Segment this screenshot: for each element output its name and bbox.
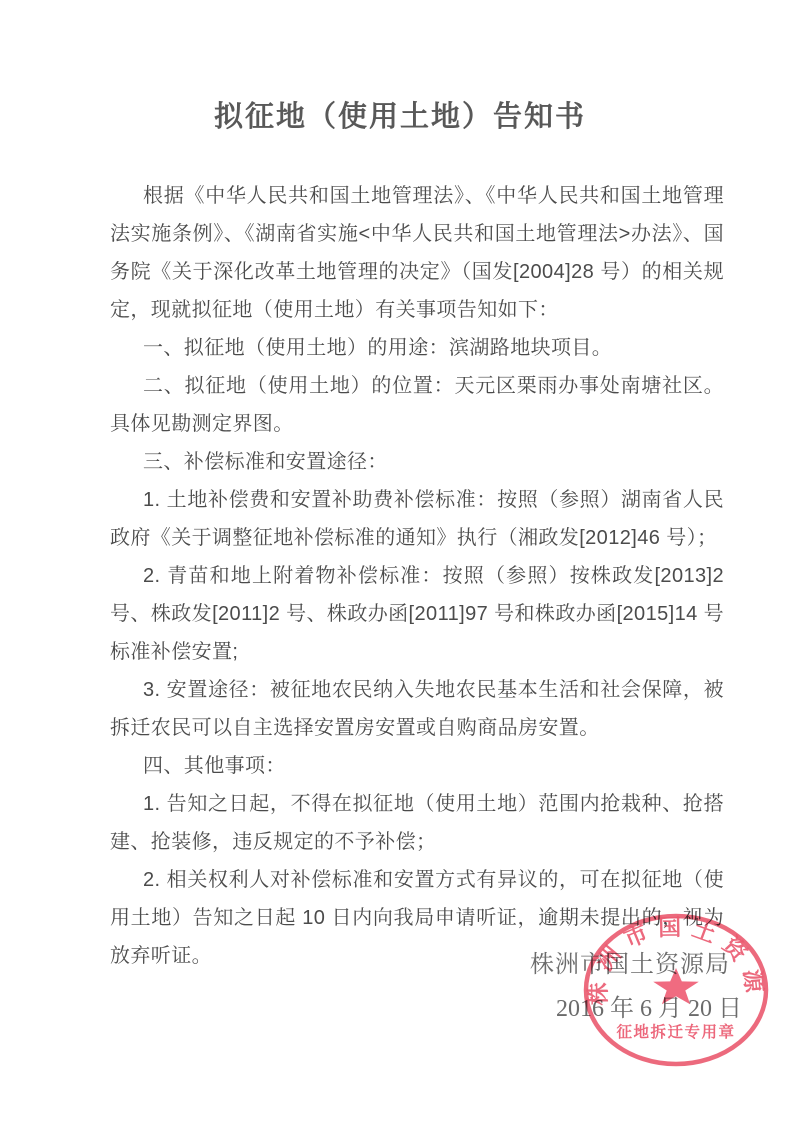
official-seal-stamp: 株洲市国土资源局 征地拆迁专用章: [576, 906, 776, 1074]
paragraph-item-3: 三、补偿标准和安置途径：: [110, 443, 724, 481]
paragraph-item-3-2: 2. 青苗和地上附着物补偿标准：按照（参照）按株政发[2013]2 号、株政发[…: [110, 557, 724, 671]
paragraph-item-3-1: 1. 土地补偿费和安置补助费补偿标准：按照（参照）湖南省人民政府《关于调整征地补…: [110, 481, 724, 557]
paragraph-item-4-1: 1. 告知之日起，不得在拟征地（使用土地）范围内抢栽种、抢搭建、抢装修，违反规定…: [110, 785, 724, 861]
paragraph-item-3-3: 3. 安置途径：被征地农民纳入失地农民基本生活和社会保障，被拆迁农民可以自主选择…: [110, 671, 724, 747]
star-icon: [653, 968, 699, 1004]
paragraph-item-4: 四、其他事项：: [110, 747, 724, 785]
document-body: 根据《中华人民共和国土地管理法》、《中华人民共和国土地管理法实施条例》、《湖南省…: [110, 177, 724, 975]
paragraph-item-1: 一、拟征地（使用土地）的用途：滨湖路地块项目。: [110, 329, 724, 367]
paragraph-item-2: 二、拟征地（使用土地）的位置：天元区栗雨办事处南塘社区。具体见勘测定界图。: [110, 367, 724, 443]
document-page: 拟征地（使用土地）告知书 根据《中华人民共和国土地管理法》、《中华人民共和国土地…: [0, 0, 800, 1131]
document-title: 拟征地（使用土地）告知书: [0, 94, 800, 135]
paragraph-intro: 根据《中华人民共和国土地管理法》、《中华人民共和国土地管理法实施条例》、《湖南省…: [110, 177, 724, 329]
seal-bottom-text: 征地拆迁专用章: [616, 1022, 735, 1041]
